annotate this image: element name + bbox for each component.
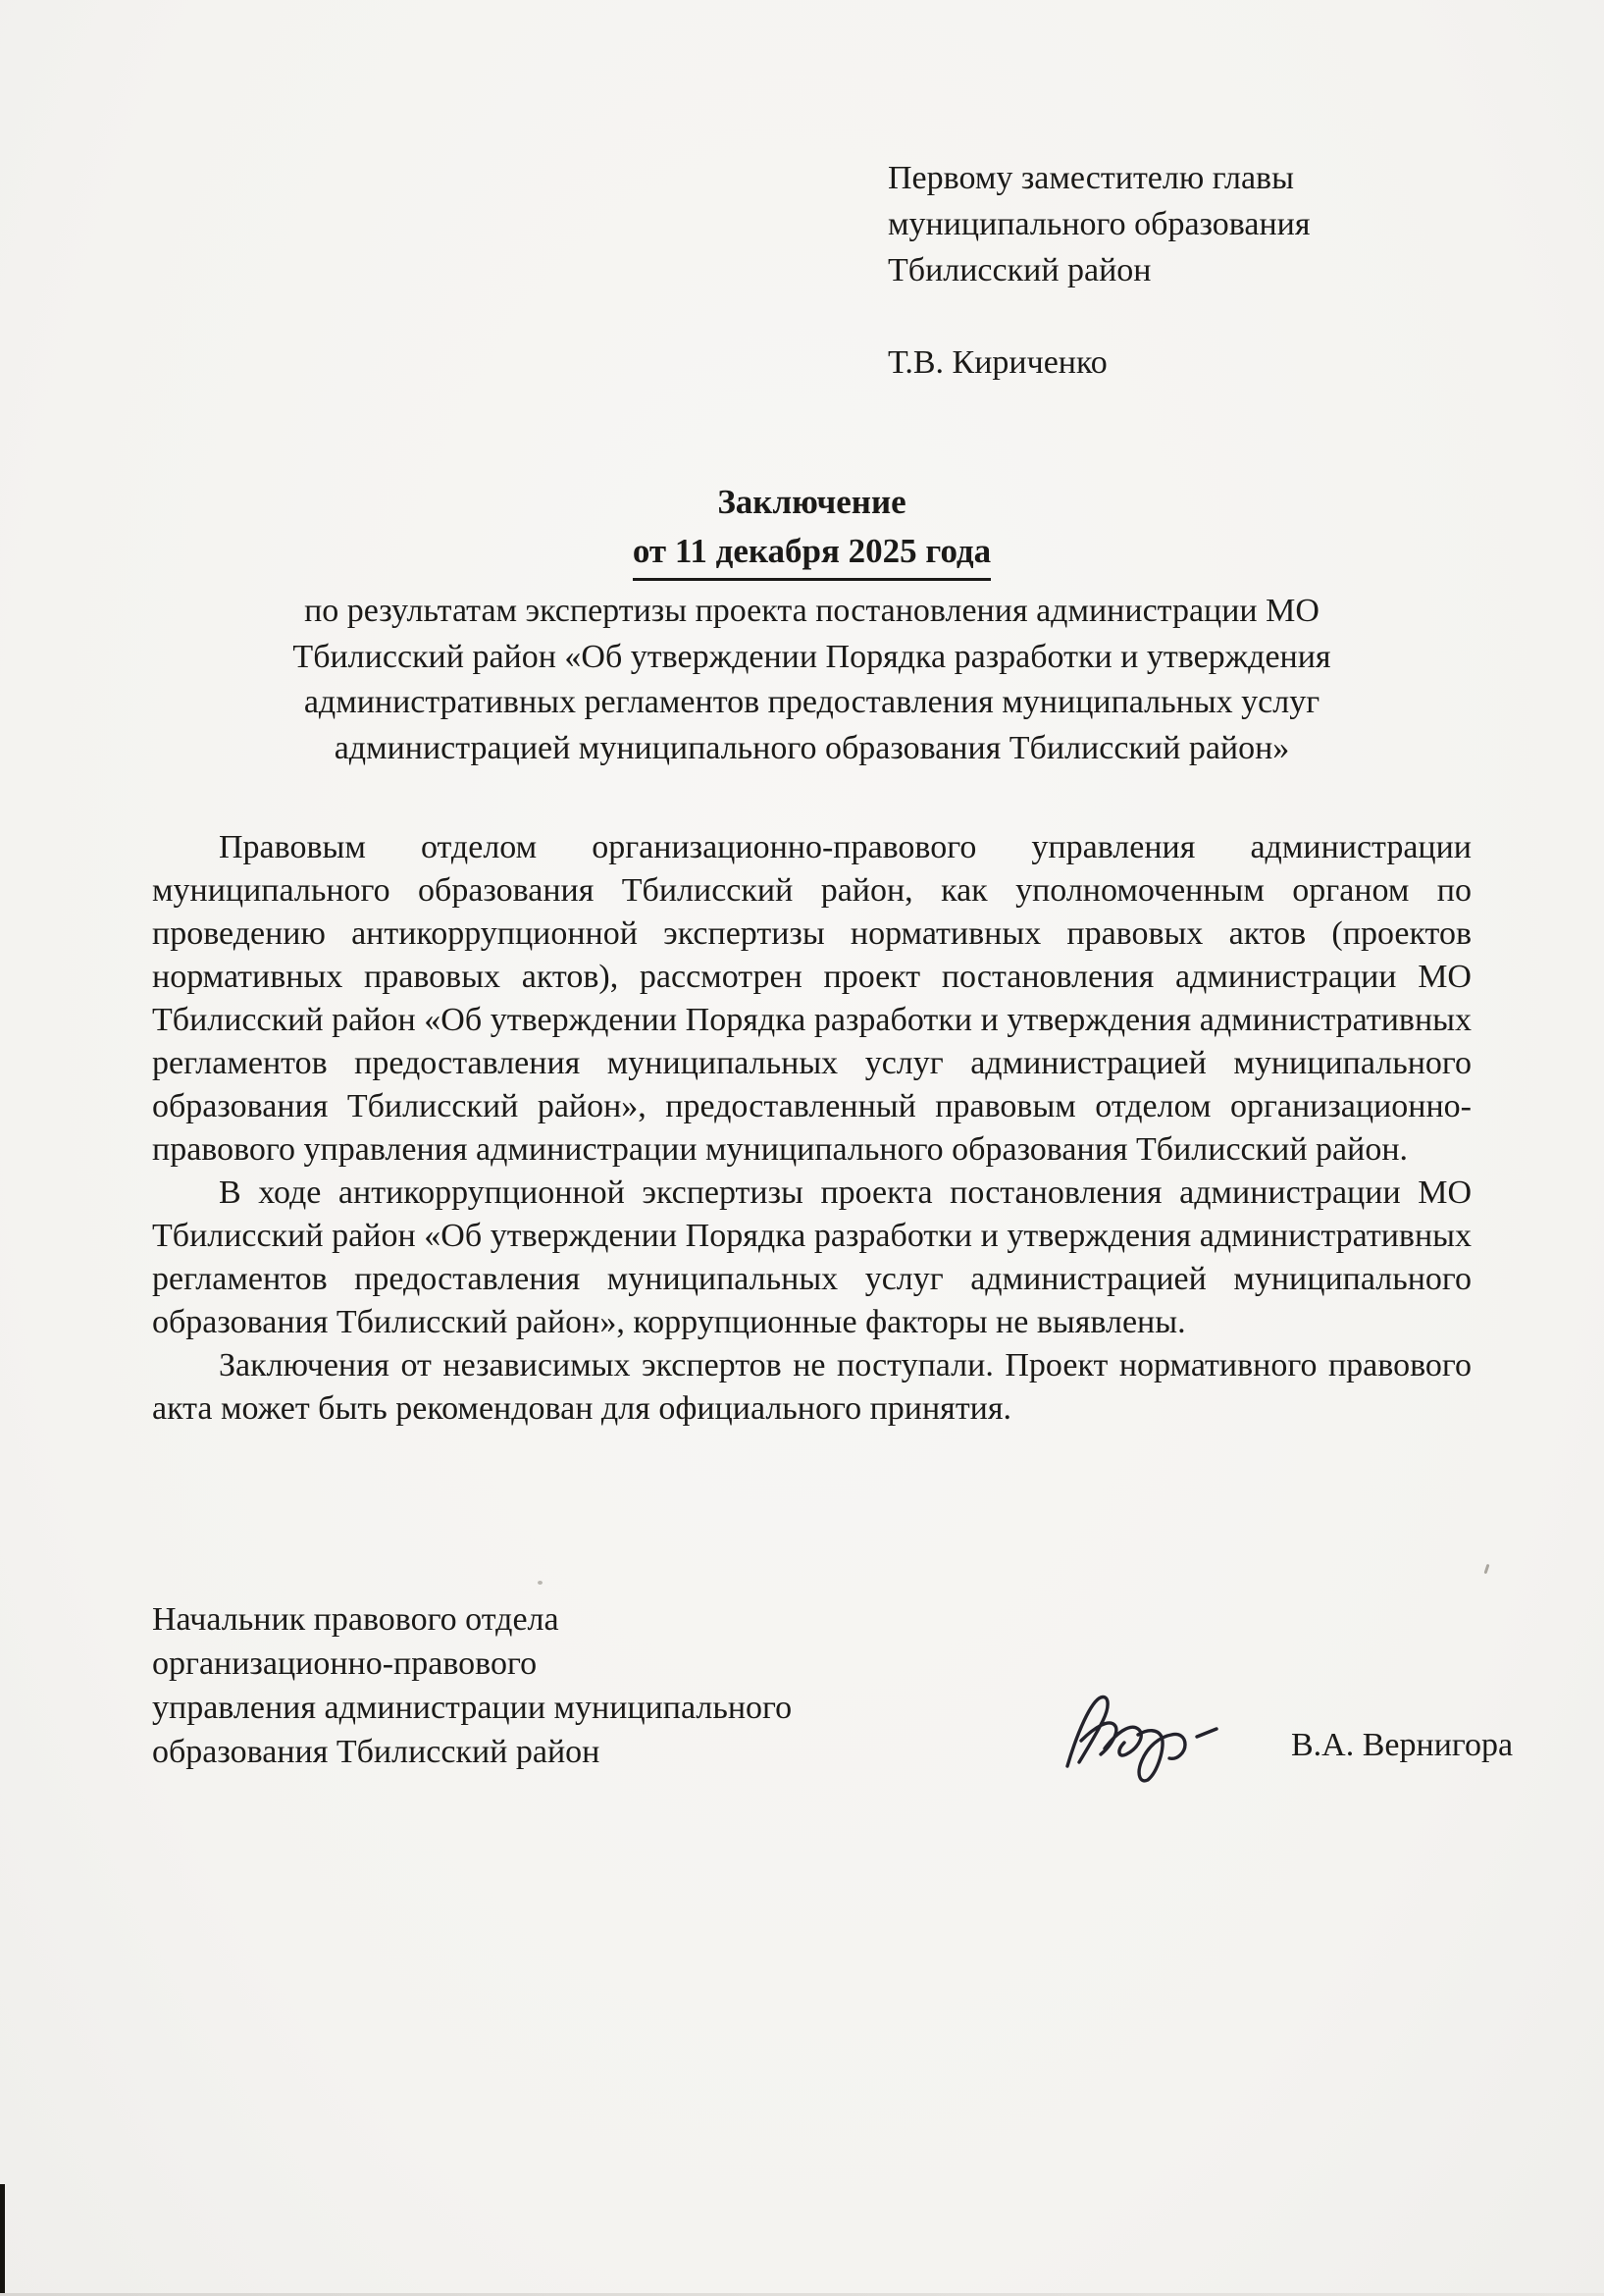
signature-position-line-4: образования Тбилисский район: [152, 1730, 839, 1774]
document-date-line: от 11 декабря 2025 года: [152, 528, 1472, 581]
body-paragraph-3: Заключения от независимых экспертов не п…: [152, 1344, 1472, 1431]
signature-position-line-3: управления администрации муниципального: [152, 1686, 839, 1730]
document-body: Правовым отделом организационно-правовог…: [152, 826, 1472, 1431]
scan-edge-artifact: [0, 2184, 5, 2296]
scan-speck: [1484, 1564, 1490, 1574]
title-block: Заключение от 11 декабря 2025 года по ре…: [152, 479, 1472, 771]
addressee-line-2: муниципального образования: [888, 201, 1311, 247]
addressee-block: Первому заместителю главы муниципального…: [888, 155, 1311, 386]
signature-position-block: Начальник правового отдела организационн…: [152, 1597, 839, 1774]
scanned-document-page: Первому заместителю главы муниципального…: [0, 0, 1604, 2296]
addressee-line-3: Тбилисский район: [888, 247, 1311, 293]
addressee-name: Т.В. Кириченко: [888, 339, 1311, 386]
body-paragraph-2: В ходе антикоррупционной экспертизы прое…: [152, 1172, 1472, 1344]
scan-speck: [538, 1581, 543, 1585]
body-paragraph-1: Правовым отделом организационно-правовог…: [152, 826, 1472, 1172]
handwritten-signature: [1061, 1690, 1238, 1789]
signature-position-line-1: Начальник правового отдела: [152, 1597, 839, 1642]
document-date-underlined: от 11 декабря 2025 года: [633, 528, 991, 581]
signature-position-line-2: организационно-правового: [152, 1642, 839, 1686]
addressee-line-1: Первому заместителю главы: [888, 155, 1311, 201]
document-subtitle: по результатам экспертизы проекта постан…: [258, 589, 1367, 771]
signer-name: В.А. Вернигора: [1291, 1727, 1513, 1764]
document-title: Заключение: [152, 479, 1472, 526]
